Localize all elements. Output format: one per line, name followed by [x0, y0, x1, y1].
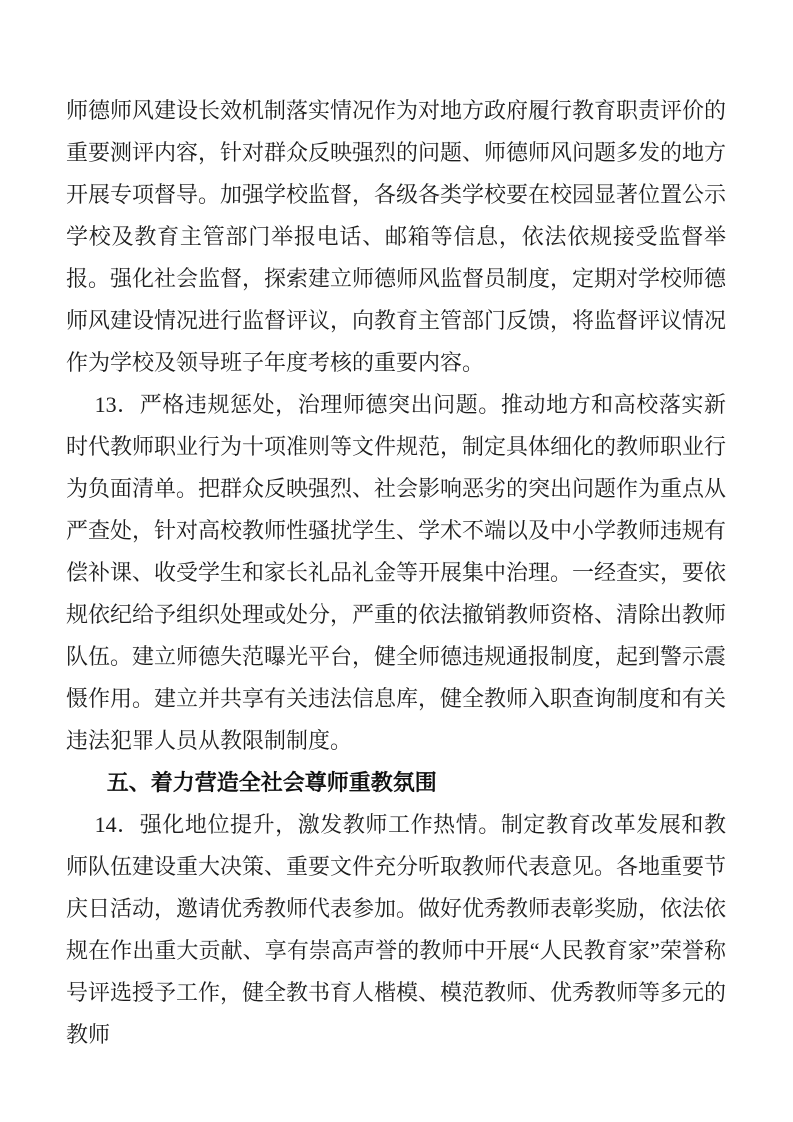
- document-page: 师德师风建设长效机制落实情况作为对地方政府履行教育职责评价的重要测评内容，针对群…: [0, 0, 793, 1056]
- item-13-paragraph: 13．严格违规惩处，治理师德突出问题。推动地方和高校落实新时代教师职业行为十项准…: [66, 384, 726, 762]
- item-14-paragraph: 14．强化地位提升，激发教师工作热情。制定教育改革发展和教师队伍建设重大决策、重…: [66, 804, 726, 1056]
- section-5-heading: 五、着力营造全社会尊师重教氛围: [66, 762, 726, 804]
- continuation-paragraph: 师德师风建设长效机制落实情况作为对地方政府履行教育职责评价的重要测评内容，针对群…: [66, 90, 726, 384]
